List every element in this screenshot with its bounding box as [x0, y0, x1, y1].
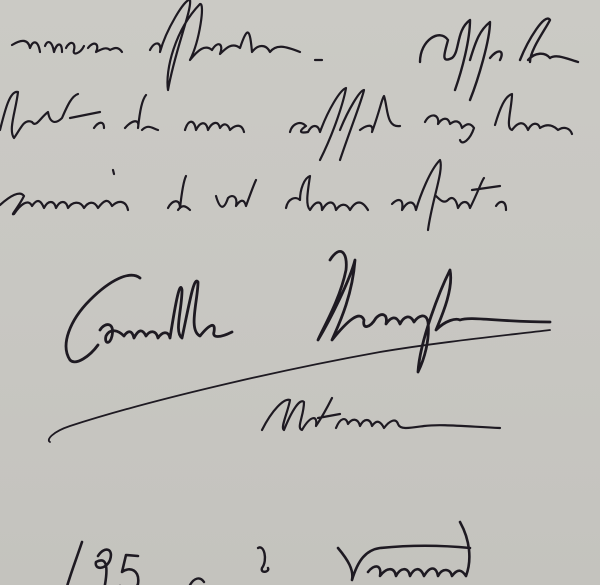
address-line: 195 r. de Vaugirard: [65, 540, 457, 585]
letter-line-2: bonté de nous rappeler aux bons: [0, 100, 566, 140]
signature-name: Camille Chevrière: [65, 290, 488, 344]
signature-title: Notaire: [260, 400, 384, 438]
letter-line-1: sincère affection. Ayez la: [10, 28, 466, 69]
letter-page: sincère affection. Ayez la bonté de nous…: [0, 0, 600, 585]
letter-line-3: souvenirs de vos chers enfants: [0, 175, 531, 215]
